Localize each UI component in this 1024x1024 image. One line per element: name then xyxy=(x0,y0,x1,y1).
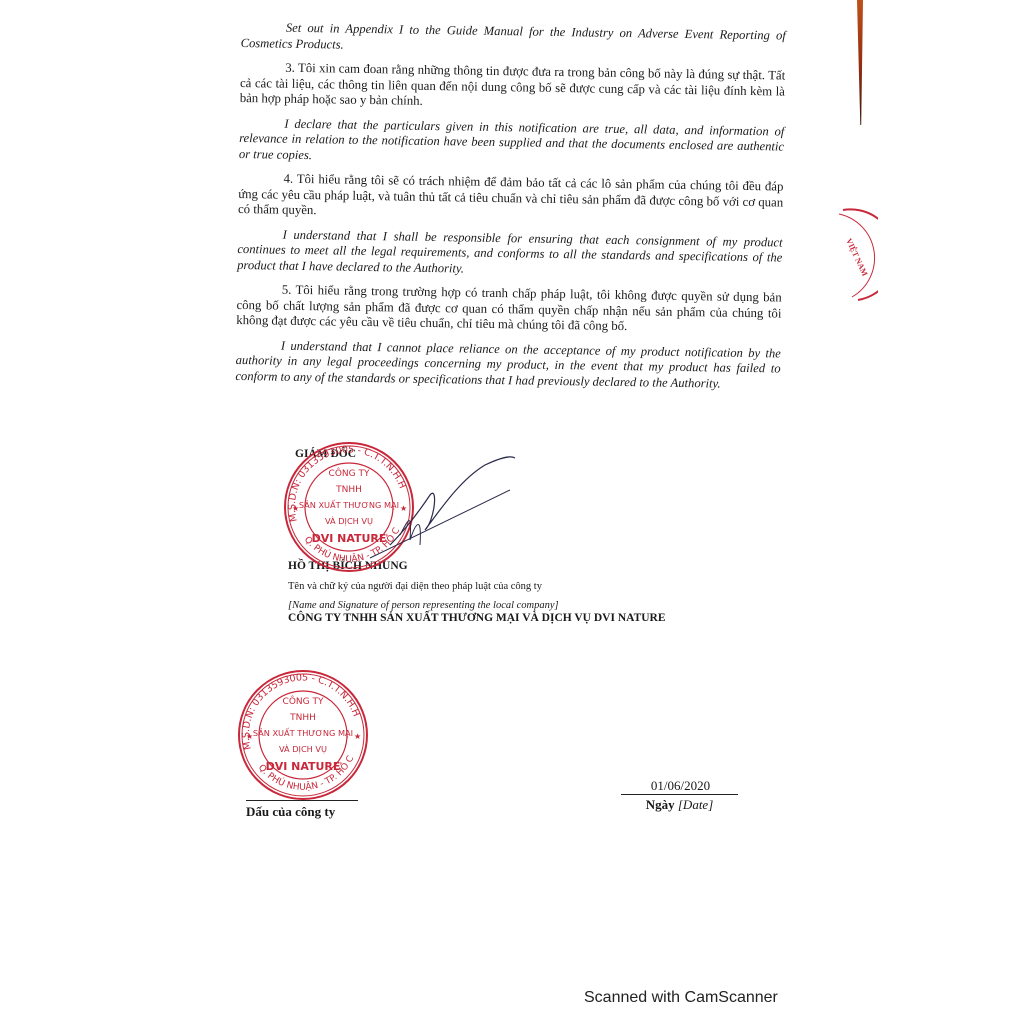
paragraph-3-vi: 3. Tôi xin cam đoan rằng những thông tin… xyxy=(240,60,786,115)
svg-text:CÔNG TY: CÔNG TY xyxy=(283,695,324,707)
signature-caption-en: [Name and Signature of person representi… xyxy=(288,600,559,611)
page-edge-strip xyxy=(857,0,863,125)
paragraph-5-en: I understand that I cannot place relianc… xyxy=(235,337,781,392)
company-name: CÔNG TY TNHH SẢN XUẤT THƯƠNG MẠI VÀ DỊCH… xyxy=(288,612,666,624)
stamp-caption: Dấu của công ty xyxy=(246,800,358,820)
handwritten-signature xyxy=(330,450,520,565)
partial-seal-edge: VIỆT NAM xyxy=(838,205,878,310)
date-label: Ngày [Date] xyxy=(612,797,747,813)
svg-text:VIỆT NAM: VIỆT NAM xyxy=(844,237,869,278)
paragraph-appendix: Set out in Appendix I to the Guide Manua… xyxy=(241,20,786,60)
svg-text:TNHH: TNHH xyxy=(289,713,316,723)
svg-text:VÀ DỊCH VỤ: VÀ DỊCH VỤ xyxy=(279,743,327,755)
svg-text:SẢN XUẤT THƯƠNG MẠI: SẢN XUẤT THƯƠNG MẠI xyxy=(253,727,353,739)
paragraph-4-en: I understand that I shall be responsible… xyxy=(237,226,783,281)
svg-text:DVI NATURE: DVI NATURE xyxy=(266,760,341,773)
company-stamp: M.S.D.N: 0313593005 - C.T.T.N.H.HQ. PHÚ … xyxy=(236,668,371,803)
svg-text:★: ★ xyxy=(354,732,361,741)
document-body: Set out in Appendix I to the Guide Manua… xyxy=(235,20,786,402)
signature-caption-vi: Tên và chữ ký của người đại diện theo ph… xyxy=(288,581,542,592)
paragraph-4-vi: 4. Tôi hiểu rằng tôi sẽ có trách nhiệm đ… xyxy=(238,171,784,226)
paragraph-5-vi: 5. Tôi hiểu rằng trong trường hợp có tra… xyxy=(236,282,782,337)
paragraph-3-en: I declare that the particulars given in … xyxy=(239,115,785,170)
date-value: 01/06/2020 xyxy=(621,778,738,795)
camscanner-watermark: Scanned with CamScanner xyxy=(584,989,778,1007)
date-block: 01/06/2020 Ngày [Date] xyxy=(612,778,747,813)
